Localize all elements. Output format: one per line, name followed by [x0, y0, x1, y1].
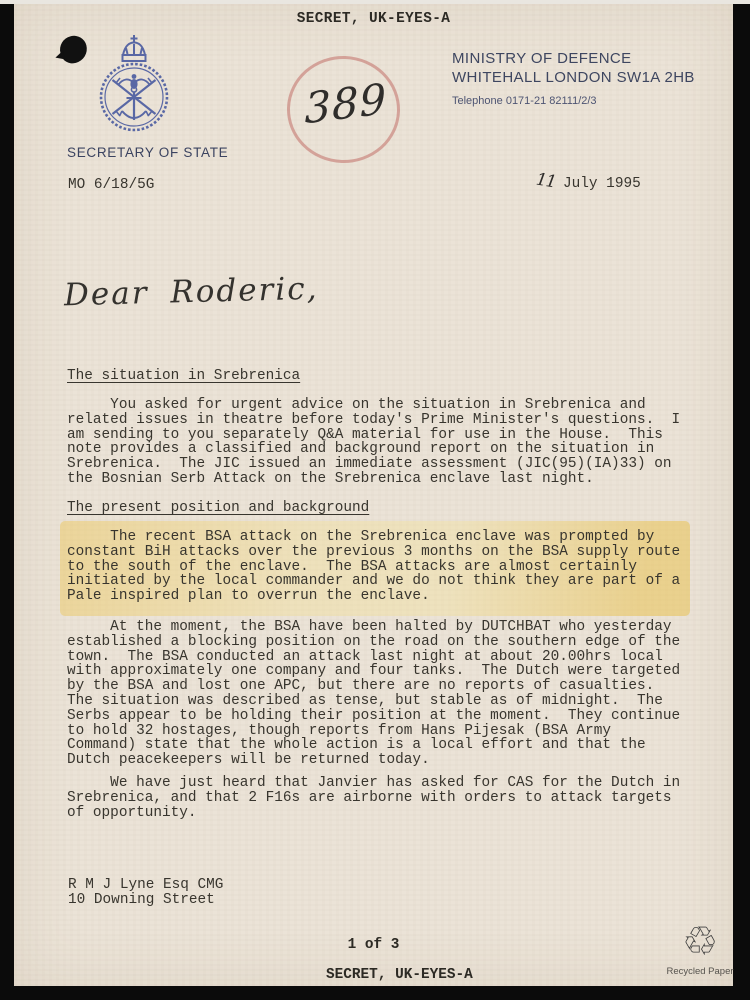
- recycled-paper-label: Recycled Paper: [664, 966, 736, 977]
- salutation-handwritten: Dear Roderic,: [64, 271, 319, 314]
- file-reference: MO 6/18/5G: [68, 178, 154, 193]
- paragraph-highlighted: The recent BSA attack on the Srebrenica …: [60, 521, 690, 616]
- scanned-letter-page: SECRET, UK-EYES-A: [0, 0, 750, 1000]
- section-heading-present-position: The present position and background: [67, 501, 369, 516]
- stamp-number-handwritten: 389: [304, 74, 387, 133]
- recipient-address-block: R M J Lyne Esq CMG 10 Downing Street: [68, 878, 223, 908]
- ministry-name: MINISTRY OF DEFENCE: [452, 50, 632, 67]
- paragraph-cas-request: We have just heard that Janvier has aske…: [67, 776, 680, 820]
- date-typed: July 1995: [563, 177, 641, 192]
- paragraph-intro: You asked for urgent advice on the situa…: [67, 398, 680, 487]
- classification-header: SECRET, UK-EYES-A: [14, 12, 733, 27]
- section-heading-situation: The situation in Srebrenica: [67, 369, 300, 384]
- ministry-address: WHITEHALL LONDON SW1A 2HB: [452, 69, 695, 86]
- hole-punch-mark: [57, 33, 90, 66]
- recycle-icon: ♲: [664, 920, 736, 964]
- paragraph-current-situation: At the moment, the BSA have been halted …: [67, 620, 680, 768]
- recycled-paper-mark: ♲ Recycled Paper: [664, 920, 736, 977]
- page-number: 1 of 3: [348, 937, 400, 953]
- classification-footer: SECRET, UK-EYES-A: [326, 967, 473, 983]
- telephone-line: Telephone 0171-21 82111/2/3: [452, 95, 597, 107]
- footer-block: 1 of 3 SECRET, UK-EYES-A: [14, 938, 733, 982]
- letter-paper: SECRET, UK-EYES-A: [14, 4, 733, 986]
- secretary-of-state-label: SECRETARY OF STATE: [67, 145, 228, 160]
- registry-stamp-circle: 389: [285, 54, 402, 165]
- date-day-handwritten: 11: [535, 170, 558, 193]
- mod-crest-icon: [96, 32, 172, 141]
